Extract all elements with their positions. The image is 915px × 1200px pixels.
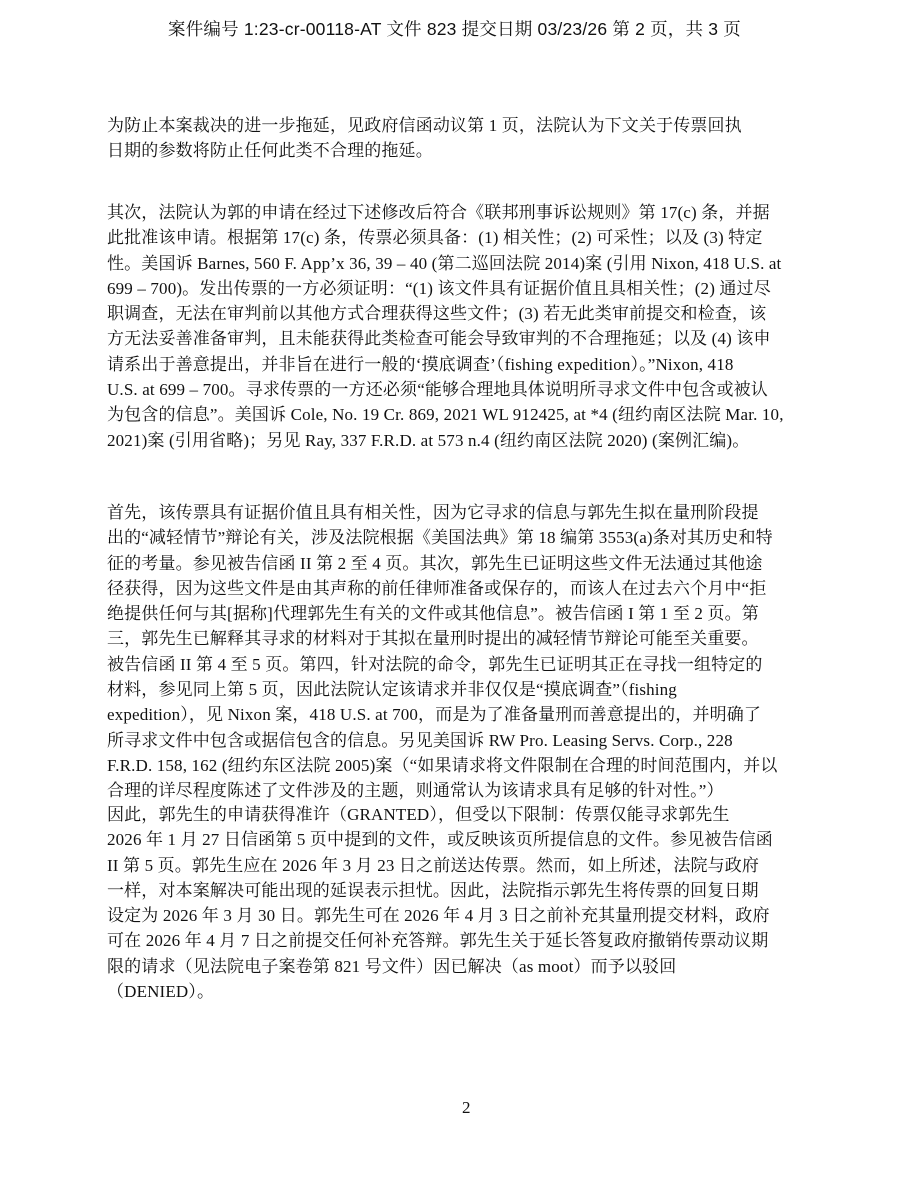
text-line: 日期的参数将防止任何此类不合理的拖延。: [107, 138, 827, 163]
text-line: 性。美国诉 Barnes, 560 F. App’x 36, 39 – 40 (…: [107, 251, 827, 276]
text-line: 请系出于善意提出，并非旨在进行一般的‘摸底调查’（fishing expedit…: [107, 352, 827, 377]
text-line: 可在 2026 年 4 月 7 日之前提交任何补充答辩。郭先生关于延长答复政府撤…: [107, 928, 827, 953]
text-line: 材料，参见同上第 5 页，因此法院认定该请求并非仅仅是“摸底调查”（fishin…: [107, 677, 827, 702]
text-line: 被告信函 II 第 4 至 5 页。第四，针对法院的命令，郭先生已证明其正在寻找…: [107, 652, 827, 677]
text-line: 征的考量。参见被告信函 II 第 2 至 4 页。其次，郭先生已证明这些文件无法…: [107, 551, 827, 576]
text-line: 职调查，无法在审判前以其他方式合理获得这些文件；(3) 若无此类审前提交和检查，…: [107, 301, 827, 326]
paragraph-delay-concern: 为防止本案裁决的进一步拖延，见政府信函动议第 1 页，法院认为下文关于传票回执 …: [107, 113, 827, 164]
paragraph-analysis: 首先，该传票具有证据价值且具有相关性，因为它寻求的信息与郭先生拟在量刑阶段提 出…: [107, 500, 827, 804]
text-line: 为防止本案裁决的进一步拖延，见政府信函动议第 1 页，法院认为下文关于传票回执: [107, 113, 827, 138]
text-line: 设定为 2026 年 3 月 30 日。郭先生可在 2026 年 4 月 3 日…: [107, 903, 827, 928]
text-line: expedition），见 Nixon 案，418 U.S. at 700，而是…: [107, 702, 827, 727]
text-line: 此批准该申请。根据第 17(c) 条，传票必须具备：(1) 相关性；(2) 可采…: [107, 225, 827, 250]
text-line: II 第 5 页。郭先生应在 2026 年 3 月 23 日之前送达传票。然而，…: [107, 853, 827, 878]
text-line: 699 – 700)。发出传票的一方必须证明：“(1) 该文件具有证据价值且具相…: [107, 276, 827, 301]
case-header: 案件编号 1:23-cr-00118-AT 文件 823 提交日期 03/23/…: [168, 16, 868, 41]
text-line: 因此，郭先生的申请获得准许（GRANTED），但受以下限制：传票仅能寻求郭先生: [107, 802, 827, 827]
text-line: 2021)案 (引用省略)；另见 Ray, 337 F.R.D. at 573 …: [107, 428, 827, 453]
text-line: 合理的详尽程度陈述了文件涉及的主题，则通常认为该请求具有足够的针对性。”）: [107, 778, 827, 803]
text-line: 出的“减轻情节”辩论有关，涉及法院根据《美国法典》第 18 编第 3553(a)…: [107, 525, 827, 550]
text-line: 绝提供任何与其[据称]代理郭先生有关的文件或其他信息”。被告信函 I 第 1 至…: [107, 601, 827, 626]
page-number: 2: [462, 1098, 471, 1118]
text-line: （DENIED）。: [107, 979, 827, 1004]
text-line: 方无法妥善准备审判，且未能获得此类检查可能会导致审判的不合理拖延；以及 (4) …: [107, 326, 827, 351]
text-line: U.S. at 699 – 700。寻求传票的一方还必须“能够合理地具体说明所寻…: [107, 377, 827, 402]
text-line: 所寻求文件中包含或据信包含的信息。另见美国诉 RW Pro. Leasing S…: [107, 728, 827, 753]
paragraph-rule-17c-standard: 其次，法院认为郭的申请在经过下述修改后符合《联邦刑事诉讼规则》第 17(c) 条…: [107, 200, 827, 453]
paragraph-ruling: 因此，郭先生的申请获得准许（GRANTED），但受以下限制：传票仅能寻求郭先生 …: [107, 802, 827, 1004]
text-line: 限的请求（见法院电子案卷第 821 号文件）因已解决（as moot）而予以驳回: [107, 954, 827, 979]
text-line: 首先，该传票具有证据价值且具有相关性，因为它寻求的信息与郭先生拟在量刑阶段提: [107, 500, 827, 525]
text-line: 三，郭先生已解释其寻求的材料对于其拟在量刑时提出的减轻情节辩论可能至关重要。: [107, 626, 827, 651]
text-line: 径获得，因为这些文件是由其声称的前任律师准备或保存的，而该人在过去六个月中“拒: [107, 576, 827, 601]
text-line: 其次，法院认为郭的申请在经过下述修改后符合《联邦刑事诉讼规则》第 17(c) 条…: [107, 200, 827, 225]
text-line: 2026 年 1 月 27 日信函第 5 页中提到的文件，或反映该页所提信息的文…: [107, 827, 827, 852]
text-line: F.R.D. 158, 162 (纽约东区法院 2005)案（“如果请求将文件限…: [107, 753, 827, 778]
text-line: 一样，对本案解决可能出现的延误表示担忧。因此，法院指示郭先生将传票的回复日期: [107, 878, 827, 903]
text-line: 为包含的信息”。美国诉 Cole, No. 19 Cr. 869, 2021 W…: [107, 402, 827, 427]
